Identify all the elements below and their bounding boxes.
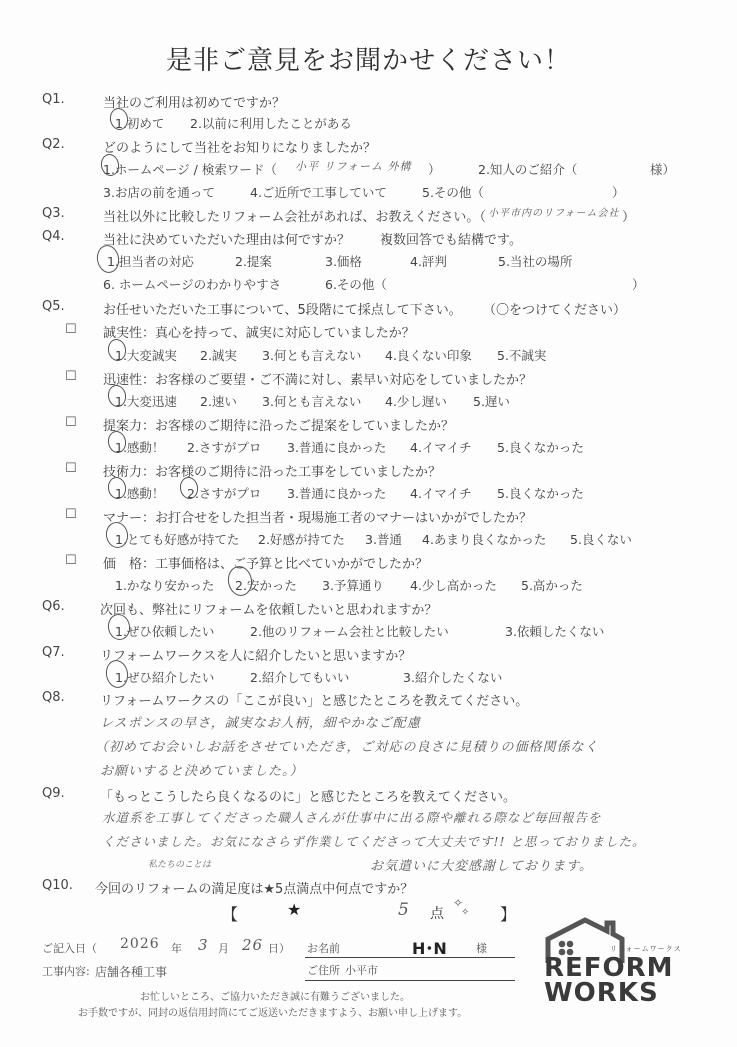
q3-question: 当社以外に比較したリフォーム会社があれば、お教えください。（ [103,206,486,225]
q5-sincerity-opt-1[interactable]: 1.大変誠実 [115,346,177,364]
checkbox[interactable]: ☐ [65,369,77,384]
thanks-line-2: お手数ですが、同封の返信用封筒にてご返送いただきますよう、お願い申し上げます。 [78,1004,467,1019]
q5-proposal-label: 提案力：お客様のご期待に沿ったご提案をしていましたか？ [103,415,454,434]
date-month[interactable]: 3 [198,936,209,954]
q2-option-1-close: ） [428,160,441,178]
q5-manner-opt-3[interactable]: 3.普通 [365,530,402,548]
q5-skill-opt-2[interactable]: 2.さすがプロ [187,484,261,502]
q9-number: Q9. [42,786,65,801]
sparkle-icon: ✧ [461,907,469,918]
q9-answer-line: 水道系を工事してくださった職人さんが仕事中に出る際や離れる際など毎回報告を [102,808,602,826]
name-suffix: 様 [476,940,487,956]
bracket-open: 【 [222,902,238,925]
q4-option-1[interactable]: 1.担当者の対応 [107,252,194,270]
q6-option-3[interactable]: 3.依頼したくない [505,622,604,640]
year-unit: 年 [171,940,182,956]
checkbox[interactable]: ☐ [65,461,77,476]
q5-proposal-opt-1[interactable]: 1.感動！ [115,438,164,456]
address-value[interactable]: 小平市 [345,962,378,978]
q5-speed-opt-2[interactable]: 2.速い [200,392,237,410]
q4-question: 当社に決めていただいた理由は何ですか？ [103,229,350,248]
checkbox[interactable]: ☐ [65,553,77,568]
q4-option-5[interactable]: 5.当社の場所 [498,252,572,270]
q5-number: Q5. [42,299,65,314]
q3-close: ） [622,206,635,225]
q9-question: 「もっとこうしたら良くなるのに」と感じたところを教えてください。 [100,786,516,805]
q9-annotation: 私たちのことは [148,857,211,870]
q4-option-4[interactable]: 4.評判 [410,252,447,270]
q7-option-2[interactable]: 2.紹介してもいい [250,668,349,686]
q3-number: Q3. [42,206,65,221]
q2-option-3[interactable]: 3.お店の前を通って [103,183,215,201]
q2-search-words: 小平 リフォーム 外構 [295,158,411,174]
name-label: お名前 [307,940,340,956]
q5-manner-opt-1[interactable]: 1.とても好感が持てた [115,530,239,548]
q2-option-2[interactable]: 2.知人のご紹介（ [478,160,577,178]
q1-option-1[interactable]: 1.初めて [115,114,164,132]
q4-number: Q4. [42,229,65,244]
q2-option-5-close: ） [612,183,625,201]
thanks-line-1: お忙しいところ、ご協力いただき誠に有難うございました。 [140,988,410,1003]
q4-other-close: ） [632,275,645,293]
q5-sincerity-opt-5[interactable]: 5.不誠実 [497,346,546,364]
q8-question: リフォームワークスの「ここが良い」と感じたところを教えてください。 [100,690,528,709]
q5-skill-opt-3[interactable]: 3.普通に良かった [287,484,386,502]
checkbox[interactable]: ☐ [65,507,77,522]
q5-sincerity-label: 誠実性：真心を持って、誠実に対応していましたか？ [103,322,415,341]
q2-option-5[interactable]: 5.その他（ [422,183,484,201]
q6-option-2[interactable]: 2.他のリフォーム会社と比較したい [250,622,449,640]
q1-question: 当社のご利用は初めてですか？ [103,92,285,111]
q5-speed-opt-1[interactable]: 1.大変迅速 [115,392,177,410]
q5-proposal-opt-5[interactable]: 5.良くなかった [497,438,584,456]
bracket-close: 】 [500,902,516,925]
q5-proposal-opt-4[interactable]: 4.イマイチ [410,438,472,456]
name-underline [305,957,515,958]
q5-manner-opt-4[interactable]: 4.あまり良くなかった [422,530,546,548]
q8-answer-line: お願いすると決めていました。） [100,760,304,779]
q6-option-1[interactable]: 1.ぜひ依頼したい [115,622,214,640]
q4-option-other[interactable]: 6.その他（ [325,275,387,293]
q5-speed-opt-4[interactable]: 4.少し遅い [385,392,447,410]
q8-answer-line: （初めてお会いしお話をさせていただき，ご対応の良さに見積りの価格関係なく [95,736,598,755]
q5-price-label: 価 格：工事価格は、ご予算と比べていかがでしたか？ [103,553,428,572]
q9-answer-line: お気遣いに大変感謝しております。 [370,855,593,874]
q4-option-2[interactable]: 2.提案 [235,252,272,270]
q4-option-6[interactable]: 6. ホームページのわかりやすさ [103,275,281,293]
q3-answer: 小平市内のリフォーム会社 [488,204,620,219]
address-underline [305,980,515,981]
q7-number: Q7. [42,645,65,660]
q2-number: Q2. [42,137,65,152]
q10-question: 今回のリフォームの満足度は★5点満点中何点ですか？ [95,878,413,897]
month-unit: 月 [218,940,229,956]
star-icon: ★ [287,900,301,919]
q5-price-opt-2[interactable]: 2.安かった [235,576,297,594]
q7-option-1[interactable]: 1.ぜひ紹介したい [115,668,214,686]
q2-option-1[interactable]: 1.ホームページ / 検索ワード（ [103,160,277,178]
q6-question: 次回も、弊社にリフォームを依頼したいと思われますか？ [100,599,437,618]
q5-speed-label: 迅速性：お客様のご要望・ご不満に対し、素早い対応をしていましたか？ [103,369,532,388]
q5-sincerity-opt-3[interactable]: 3.何とも言えない [262,346,361,364]
checkbox[interactable]: ☐ [65,322,77,337]
day-unit: 日） [268,940,290,956]
address-label: ご住所 [307,962,340,978]
q5-note: （〇をつけてください） [483,299,626,318]
q9-answer-line: くださいました。お気になさらず作業してくださって大丈夫です!! と思っておりまし… [102,832,646,850]
q5-sincerity-opt-2[interactable]: 2.誠実 [200,346,237,364]
q8-number: Q8. [42,690,65,705]
q5-price-opt-4[interactable]: 4.少し高かった [410,576,497,594]
q5-proposal-opt-3[interactable]: 3.普通に良かった [287,438,386,456]
q10-number: Q10. [42,878,73,893]
checkbox[interactable]: ☐ [65,415,77,430]
q6-number: Q6. [42,599,65,614]
q5-question: お任せいただいた工事について、5段階にて採点して下さい。 [103,299,462,318]
q1-number: Q1. [42,92,65,107]
q5-skill-label: 技術力：お客様のご期待に沿った工事をしていましたか？ [103,461,441,480]
date-day[interactable]: 26 [242,936,263,954]
q4-note: 複数回答でも結構です。 [380,229,522,248]
q1-option-2[interactable]: 2.以前に利用したことがある [190,114,352,132]
q8-answer-line: レスポンスの早さ，誠実なお人柄，細やかなご配慮 [100,712,421,731]
q5-skill-opt-4[interactable]: 4.イマイチ [410,484,472,502]
logo-line-2: WORKS [544,978,659,1008]
score-unit: 点 [430,903,444,923]
q5-manner-opt-2[interactable]: 2.好感が持てた [258,530,345,548]
q5-proposal-opt-2[interactable]: 2.さすがプロ [187,438,261,456]
q2-question: どのようにして当社をお知りになりましたか？ [103,137,376,156]
satisfaction-score: 5 [398,900,410,920]
q5-manner-label: マナー：お打合せをした担当者・現場施工者のマナーはいかがでしたか？ [103,507,532,526]
page-title: 是非ご意見をお聞かせください！ [0,40,737,77]
work-value: 店舗各種工事 [95,963,167,980]
work-label: 工事内容: [42,963,90,979]
q5-sincerity-opt-4[interactable]: 4.良くない印象 [385,346,472,364]
date-label: ご記入日（ [42,940,97,956]
q5-speed-opt-5[interactable]: 5.遅い [473,392,510,410]
q2-option-4[interactable]: 4.ご近所で工事していて [250,183,387,201]
date-year[interactable]: 2026 [120,936,160,952]
q2-option-2-suffix: 様） [650,160,675,178]
q5-speed-opt-3[interactable]: 3.何とも言えない [262,392,361,410]
q4-option-3[interactable]: 3.価格 [325,252,362,270]
q7-option-3[interactable]: 3.紹介したくない [403,668,502,686]
name-value[interactable]: H･N [412,936,447,959]
q7-question: リフォームワークスを人に紹介したいと思いますか？ [100,645,411,664]
q5-price-opt-1[interactable]: 1.かなり安かった [115,576,214,594]
q5-skill-opt-1[interactable]: 1.感動！ [115,484,164,502]
q5-skill-opt-5[interactable]: 5.良くなかった [497,484,584,502]
q5-price-opt-3[interactable]: 3.予算通り [322,576,384,594]
q5-manner-opt-5[interactable]: 5.良くない [570,530,632,548]
q5-price-opt-5[interactable]: 5.高かった [521,576,583,594]
